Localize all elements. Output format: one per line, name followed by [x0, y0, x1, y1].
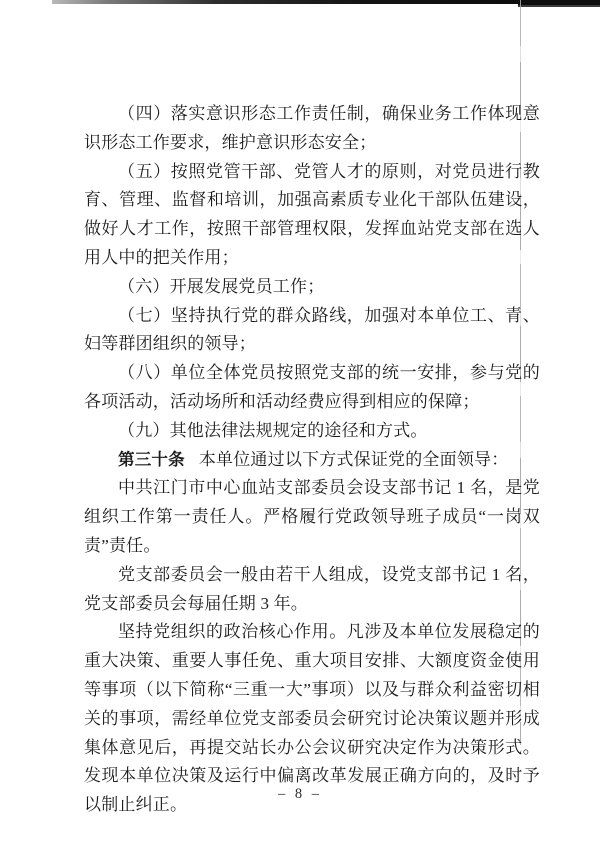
paragraph-item-7: （七）坚持执行党的群众路线，加强对本单位工、青、妇等群团组织的领导；	[84, 302, 540, 360]
paragraph-item-8: （八）单位全体党员按照党支部的统一安排，参与党的各项活动，活动场所和活动经费应得…	[84, 359, 540, 417]
paragraph-committee: 党支部委员会一般由若干人组成，设党支部书记 1 名，党支部委员会每届任期 3 年…	[84, 561, 540, 619]
document-page: （四）落实意识形态工作责任制，确保业务工作体现意识形态工作要求，维护意识形态安全…	[0, 0, 600, 850]
document-text-block: （四）落实意识形态工作责任制，确保业务工作体现意识形态工作要求，维护意识形态安全…	[84, 100, 540, 820]
paragraph-item-6: （六）开展发展党员工作；	[84, 273, 540, 302]
paragraph-text: （七）坚持执行党的群众路线，加强对本单位工、青、妇等群团组织的领导；	[84, 306, 540, 354]
paragraph-text: 本单位通过以下方式保证党的全面领导：	[199, 450, 509, 469]
paragraph-text: （九）其他法律法规规定的途径和方式。	[118, 421, 428, 440]
paragraph-text: 党支部委员会一般由若干人组成，设党支部书记 1 名，党支部委员会每届任期 3 年…	[84, 565, 540, 613]
paragraph-clause-30: 第三十条本单位通过以下方式保证党的全面领导：	[84, 446, 540, 475]
paragraph-text: （六）开展发展党员工作；	[118, 277, 324, 296]
paragraph-item-4: （四）落实意识形态工作责任制，确保业务工作体现意识形态工作要求，维护意识形态安全…	[84, 100, 540, 158]
page-number: – 8 –	[0, 786, 600, 803]
clause-number-label: 第三十条	[118, 451, 185, 469]
paragraph-text: 中共江门市中心血站支部委员会设支部书记 1 名，是党组织工作第一责任人。严格履行…	[84, 478, 540, 555]
paragraph-text: （四）落实意识形态工作责任制，确保业务工作体现意识形态工作要求，维护意识形态安全…	[84, 104, 540, 152]
paragraph-secretary: 中共江门市中心血站支部委员会设支部书记 1 名，是党组织工作第一责任人。严格履行…	[84, 474, 540, 560]
paragraph-text: （八）单位全体党员按照党支部的统一安排，参与党的各项活动，活动场所和活动经费应得…	[84, 363, 540, 411]
paragraph-text: （五）按照党管干部、党管人才的原则，对党员进行教育、管理、监督和培训，加强高素质…	[84, 162, 540, 267]
paragraph-item-9: （九）其他法律法规规定的途径和方式。	[84, 417, 540, 446]
paragraph-item-5: （五）按照党管干部、党管人才的原则，对党员进行教育、管理、监督和培训，加强高素质…	[84, 158, 540, 273]
scan-artifact-top-corner	[518, 0, 600, 8]
